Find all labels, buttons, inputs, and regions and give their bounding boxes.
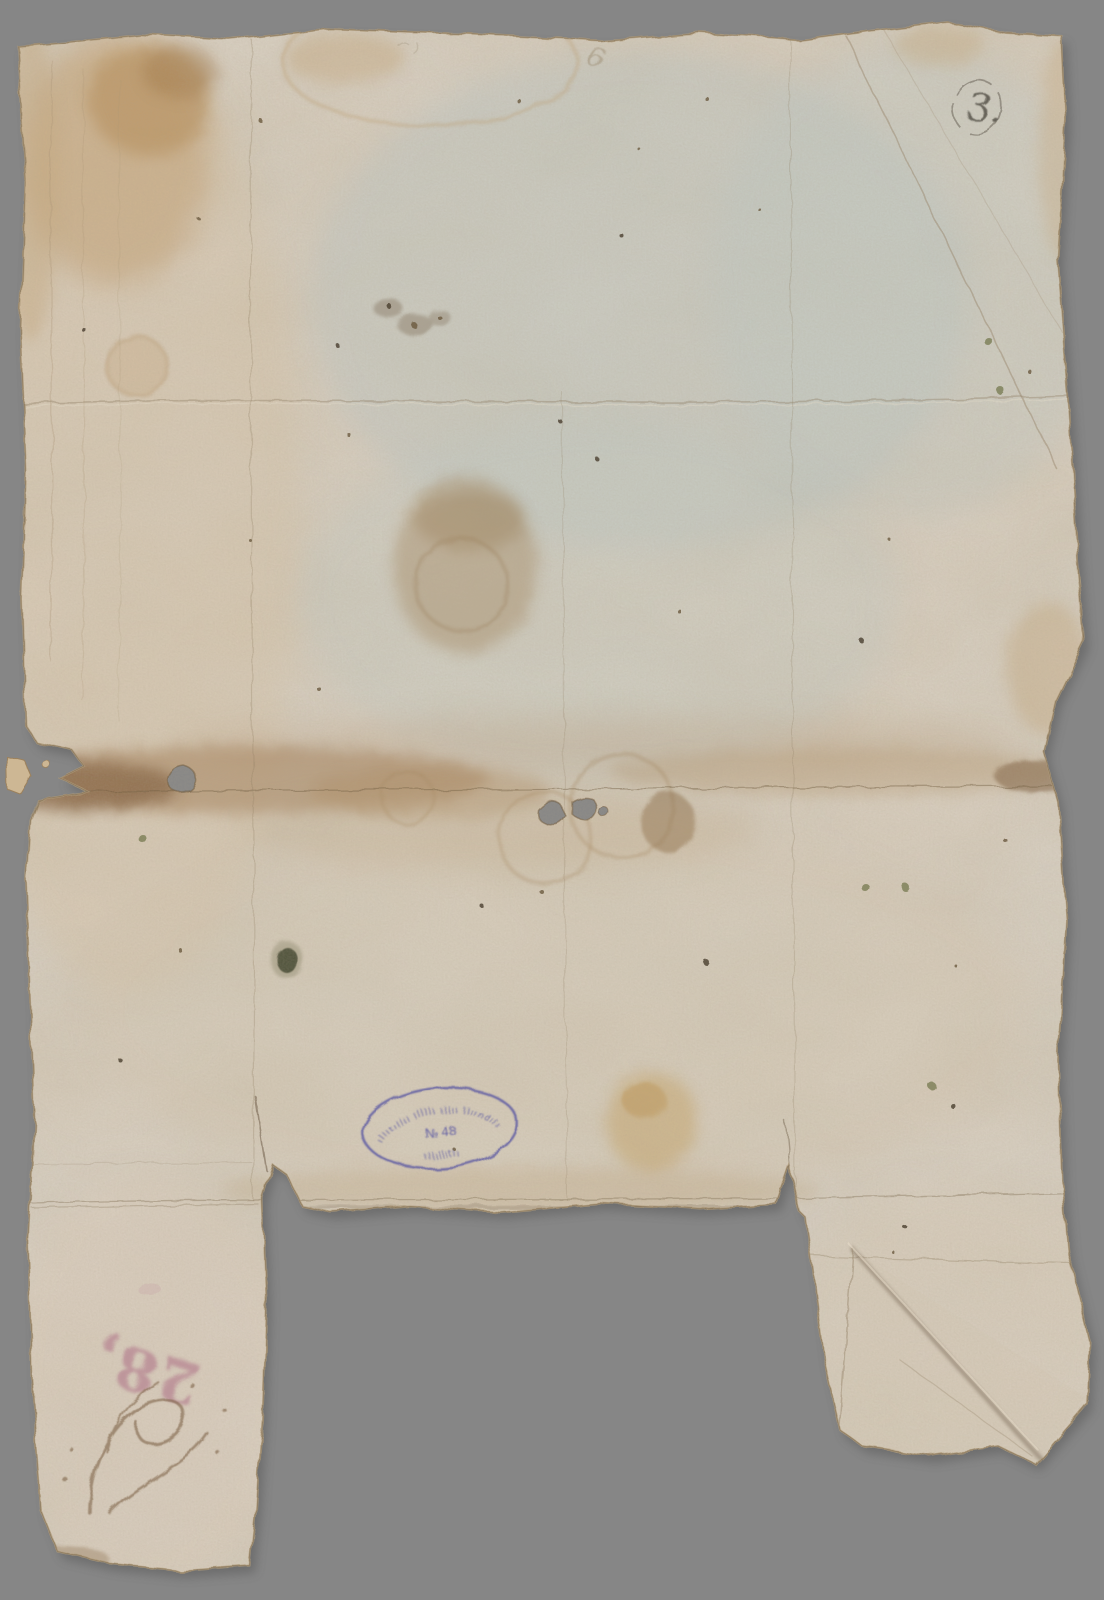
stamp-number-line: № 48 bbox=[424, 1124, 457, 1141]
speck bbox=[118, 1058, 122, 1062]
scan-viewport: ılııtıllıı ıllllı ıllıı llıındılı № 48 ı… bbox=[0, 0, 1104, 1600]
speck bbox=[678, 610, 682, 614]
speck bbox=[480, 904, 484, 908]
speck bbox=[1003, 838, 1007, 842]
document-scan: ılııtıllıı ıllllı ıllıı llıındılı № 48 ı… bbox=[0, 0, 1104, 1600]
speck bbox=[454, 1149, 457, 1152]
mold-dot bbox=[862, 884, 870, 892]
speck bbox=[410, 321, 416, 327]
speck bbox=[258, 118, 262, 122]
crayon-smear bbox=[138, 1284, 162, 1296]
mold-dot bbox=[902, 884, 910, 892]
speck bbox=[318, 688, 322, 692]
pencil-number: 3. bbox=[966, 87, 1004, 131]
mold-dot bbox=[928, 1082, 936, 1090]
mold-dot bbox=[138, 834, 146, 842]
speck bbox=[335, 343, 339, 347]
speck bbox=[951, 1104, 956, 1109]
speck bbox=[595, 457, 599, 461]
speck bbox=[954, 964, 957, 967]
mold-dot bbox=[998, 388, 1006, 396]
paper-fragment bbox=[42, 760, 50, 768]
speck bbox=[759, 209, 762, 212]
speck bbox=[178, 948, 182, 952]
speck bbox=[860, 639, 865, 644]
speck bbox=[620, 234, 624, 238]
speck bbox=[346, 432, 350, 436]
speck bbox=[704, 96, 708, 100]
speck bbox=[540, 890, 544, 894]
speck bbox=[558, 419, 562, 423]
speck bbox=[889, 539, 892, 542]
speck bbox=[892, 1251, 895, 1254]
speck bbox=[82, 328, 86, 332]
speck bbox=[516, 98, 520, 102]
speck bbox=[199, 219, 202, 222]
speck bbox=[249, 539, 252, 542]
speck bbox=[387, 304, 392, 309]
speck bbox=[903, 1225, 907, 1229]
mold-dot bbox=[984, 337, 992, 345]
speck bbox=[703, 959, 709, 965]
speck bbox=[639, 149, 642, 152]
speck bbox=[1028, 370, 1032, 374]
speck bbox=[437, 315, 441, 319]
